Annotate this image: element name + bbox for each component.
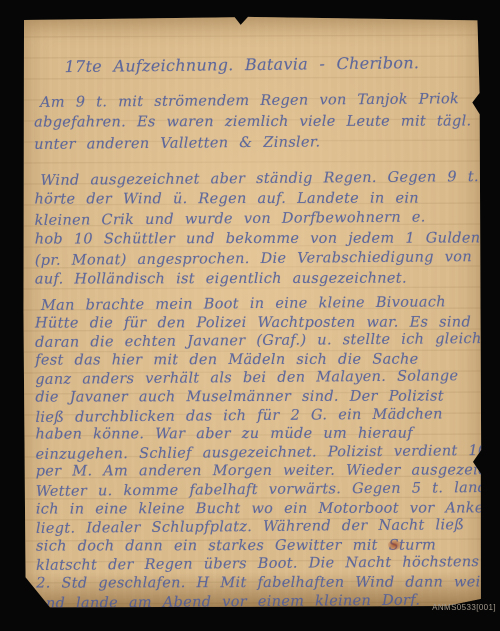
letter-line: liegt. Idealer Schlupfplatz. Während der… — [36, 516, 482, 538]
letter-paragraph-1: Am 9 t. mit strömendem Regen von Tanjok … — [34, 90, 480, 155]
letter-line: ganz anders verhält als bei den Malayen.… — [35, 367, 481, 389]
scan-background: 17te Aufzeichnung. Batavia - Cheribon. A… — [0, 0, 500, 631]
letter-line: auf. Holländisch ist eigentlich ausgezei… — [35, 268, 481, 289]
letter-line: Wetter u. komme fabelhaft vorwärts. Gege… — [36, 479, 482, 501]
letter-line: (pr. Monat) angesprochen. Die Verabschie… — [35, 247, 481, 271]
letter-line: Am 9 t. mit strömendem Regen von Tanjok … — [34, 89, 480, 114]
letter-line: abgefahren. Es waren ziemlich viele Leut… — [34, 111, 480, 133]
letter-line: klatscht der Regen übers Boot. Die Nacht… — [36, 553, 482, 575]
letter-line: per M. Am anderen Morgen weiter. Wieder … — [36, 462, 482, 482]
letter-paragraph-2: Wind ausgezeichnet aber ständig Regen. G… — [34, 168, 481, 290]
ink-stain — [388, 540, 401, 550]
letter-line: die Javaner auch Muselmänner sind. Der P… — [35, 387, 481, 407]
letter-line: Man brachte mein Boot in eine kleine Biv… — [35, 293, 481, 315]
letter-line: haben könne. War aber zu müde um hierauf — [36, 425, 482, 445]
letter-line: Wind ausgezeichnet aber ständig Regen. G… — [34, 167, 480, 191]
letter-line: daran die echten Javaner (Graf.) u. stel… — [35, 330, 481, 352]
catalog-number: ANMS0533[001] — [432, 603, 496, 612]
letter-paragraph-3: Man brachte mein Boot in eine kleine Biv… — [35, 294, 482, 612]
letter-line: kleinen Crik und wurde von Dorfbewohnern… — [35, 207, 481, 231]
letter-line: hörte der Wind ü. Regen auf. Landete in … — [34, 188, 480, 209]
letter-paper: 17te Aufzeichnung. Batavia - Cheribon. A… — [22, 15, 483, 608]
letter-line: hob 10 Schüttler und bekomme von jedem 1… — [35, 228, 481, 249]
letter-line: unter anderen Valletten & Zinsler. — [34, 131, 480, 156]
letter-line: 2. Std geschlafen. H Mit fabelhaften Win… — [36, 573, 482, 593]
letter-title: 17te Aufzeichnung. Batavia - Cheribon. — [34, 51, 480, 78]
letter-line: und lande am Abend vor einem kleinen Dor… — [36, 591, 482, 613]
